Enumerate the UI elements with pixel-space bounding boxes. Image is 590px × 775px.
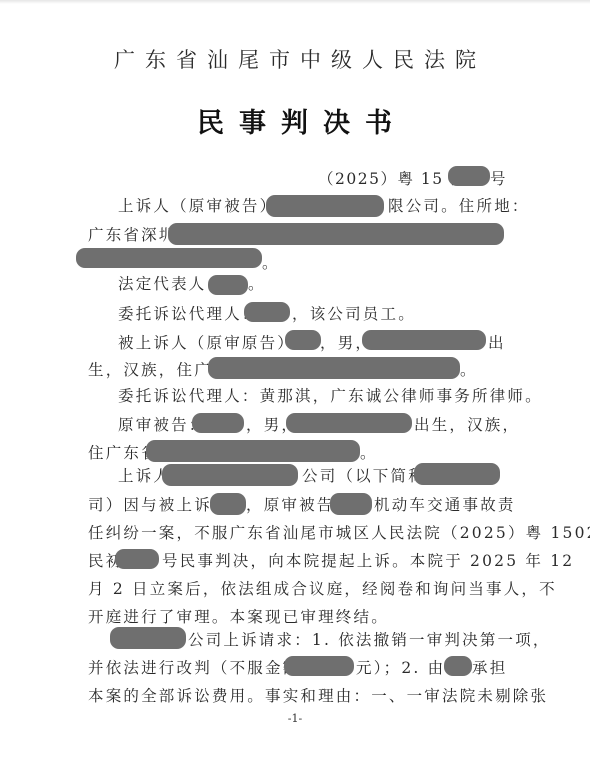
text-line-l12b: ，原审被告 xyxy=(246,492,335,518)
text-line-l5a: 委托诉讼代理人： xyxy=(118,301,260,327)
text-line-l12a: 司）因与被上诉人 xyxy=(88,492,230,518)
redaction-block xyxy=(266,195,384,217)
redaction-block xyxy=(285,330,321,350)
text-line-l15a: 月 2 日立案后，依法组成合议庭，经阅卷和询问当事人，不 xyxy=(88,576,557,602)
text-line-l9c: 出生，汉族， xyxy=(414,412,520,438)
text-line-l7b: 。 xyxy=(460,357,478,383)
redaction-block xyxy=(146,440,360,462)
redaction-block xyxy=(210,493,246,515)
redaction-block xyxy=(76,248,262,268)
case-number-suffix: 号 xyxy=(490,166,508,192)
redaction-block xyxy=(110,627,186,649)
text-line-l8a: 委托诉讼代理人：黄那淇，广东诚公律师事务所律师。 xyxy=(118,383,543,409)
text-line-l11b: 公司（以下简称 xyxy=(302,463,426,489)
text-line-l19a: 本案的全部诉讼费用。事实和理由：一、一审法院未剔除张 xyxy=(88,683,548,709)
redaction-block xyxy=(244,302,290,322)
text-line-l18b: 元）；2. 由 xyxy=(356,655,445,681)
text-line-l6c: 出 xyxy=(488,330,506,356)
redaction-block xyxy=(286,413,412,433)
redaction-block xyxy=(362,330,486,350)
court-name: 广东省汕尾市中级人民法院 xyxy=(0,44,590,74)
redaction-block xyxy=(115,549,159,569)
document-title: 民事判决书 xyxy=(0,101,590,140)
redaction-block xyxy=(208,357,460,379)
redaction-block xyxy=(192,413,244,433)
page-number: -1- xyxy=(0,712,590,725)
text-line-l18c: 承担 xyxy=(472,655,507,681)
text-line-l4b: 。 xyxy=(248,271,266,297)
top-shadow xyxy=(0,0,590,4)
text-line-l5b: ，该公司员工。 xyxy=(292,301,416,327)
redaction-block xyxy=(168,223,504,245)
redaction-block xyxy=(284,656,354,676)
text-line-l17a: 公司上诉请求：1. 依法撤销一审判决第一项， xyxy=(188,627,551,653)
redaction-block xyxy=(448,166,490,186)
text-line-l1a: 上诉人（原审被告）： xyxy=(118,193,287,219)
redaction-block xyxy=(330,493,372,515)
text-line-l13a: 任纠纷一案，不服广东省汕尾市城区人民法院（2025）粤 1502 xyxy=(88,520,590,546)
text-line-l1b: 限公司。住所地： xyxy=(388,193,530,219)
redaction-block xyxy=(414,463,500,485)
text-line-l12c: 机动车交通事故责 xyxy=(374,492,516,518)
text-line-l14b: 号民事判决，向本院提起上诉。本院于 2025 年 12 xyxy=(162,548,574,574)
text-line-l2a: 广东省深圳 xyxy=(88,222,177,248)
redaction-block xyxy=(208,275,248,295)
redaction-block xyxy=(162,464,298,486)
redaction-block xyxy=(444,656,472,676)
text-line-l6a: 被上诉人（原审原告）： xyxy=(118,330,305,356)
